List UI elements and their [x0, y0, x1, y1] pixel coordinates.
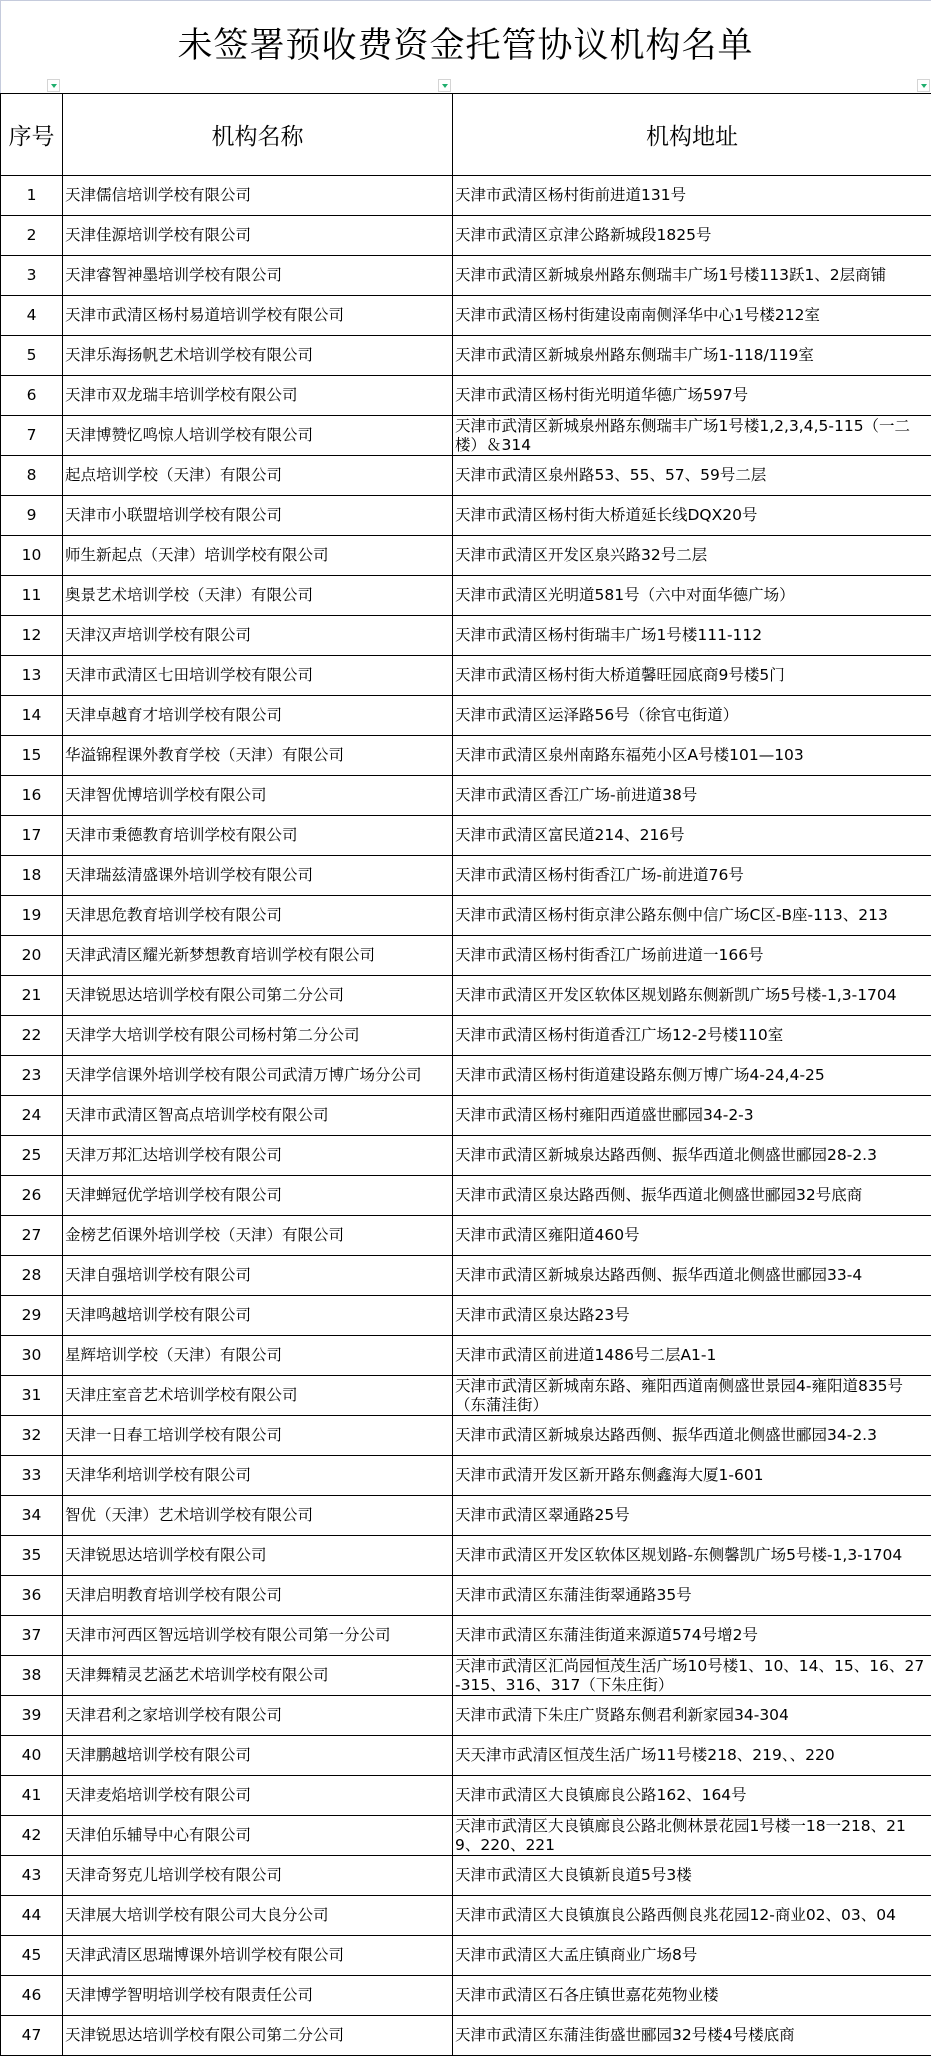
cell-institution-address[interactable]: 天津市武清区杨村街香江广场前进道一166号 [453, 936, 931, 976]
cell-institution-name[interactable]: 天津奇努克儿培训学校有限公司 [63, 1856, 453, 1896]
cell-no[interactable]: 41 [1, 1776, 63, 1816]
cell-no[interactable]: 3 [1, 256, 63, 296]
cell-institution-address[interactable]: 天津市武清区杨村街道建设路东侧万博广场4-24,4-25 [453, 1056, 931, 1096]
cell-institution-name[interactable]: 天津华利培训学校有限公司 [63, 1456, 453, 1496]
cell-no[interactable]: 37 [1, 1616, 63, 1656]
institution-table: 序号 机构名称 机构地址 1天津儒信培训学校有限公司天津市武清区杨村街前进道13… [0, 93, 931, 2056]
cell-institution-name[interactable]: 金榜艺佰课外培训学校（天津）有限公司 [63, 1216, 453, 1256]
cell-institution-name[interactable]: 天津万邦汇达培训学校有限公司 [63, 1136, 453, 1176]
cell-no[interactable]: 34 [1, 1496, 63, 1536]
table-row: 12天津汉声培训学校有限公司天津市武清区杨村街瑞丰广场1号楼111-112 [1, 616, 931, 656]
cell-no[interactable]: 38 [1, 1656, 63, 1696]
cell-institution-address[interactable]: 天津市武清区开发区软体区规划路东侧新凯广场5号楼-1,3-1704 [453, 976, 931, 1016]
cell-institution-address[interactable]: 天津市武清区杨村街前进道131号 [453, 176, 931, 216]
cell-institution-name[interactable]: 天津市秉德教育培训学校有限公司 [63, 816, 453, 856]
table-row: 14天津卓越育才培训学校有限公司天津市武清区运泽路56号（徐官屯街道） [1, 696, 931, 736]
cell-institution-address[interactable]: 天津市武清区开发区泉兴路32号二层 [453, 536, 931, 576]
cell-institution-name[interactable]: 天津伯乐辅导中心有限公司 [63, 1816, 453, 1856]
cell-no[interactable]: 15 [1, 736, 63, 776]
cell-institution-address[interactable]: 天津市武清区杨村雍阳西道盛世郦园34-2-3 [453, 1096, 931, 1136]
cell-no[interactable]: 17 [1, 816, 63, 856]
cell-institution-address[interactable]: 天津市武清区汇尚园恒茂生活广场10号楼1、10、14、15、16、27-315、… [453, 1656, 931, 1696]
table-row: 20天津武清区耀光新梦想教育培训学校有限公司天津市武清区杨村街香江广场前进道一1… [1, 936, 931, 976]
cell-no[interactable]: 42 [1, 1816, 63, 1856]
table-row: 41天津麦焰培训学校有限公司天津市武清区大良镇廊良公路162、164号 [1, 1776, 931, 1816]
cell-no[interactable]: 22 [1, 1016, 63, 1056]
table-row: 45天津武清区思瑞博课外培训学校有限公司天津市武清区大孟庄镇商业广场8号 [1, 1936, 931, 1976]
cell-institution-address[interactable]: 天津市武清区杨村街大桥道延长线DQX20号 [453, 496, 931, 536]
cell-no[interactable]: 32 [1, 1416, 63, 1456]
cell-institution-address[interactable]: 天津市武清区杨村街瑞丰广场1号楼111-112 [453, 616, 931, 656]
table-row: 27金榜艺佰课外培训学校（天津）有限公司天津市武清区雍阳道460号 [1, 1216, 931, 1256]
cell-institution-name[interactable]: 天津市河西区智远培训学校有限公司第一分公司 [63, 1616, 453, 1656]
table-row: 9天津市小联盟培训学校有限公司天津市武清区杨村街大桥道延长线DQX20号 [1, 496, 931, 536]
table-row: 3天津睿智神墨培训学校有限公司天津市武清区新城泉州路东侧瑞丰广场1号楼113跃1… [1, 256, 931, 296]
table-row: 18天津瑞兹清盛课外培训学校有限公司天津市武清区杨村街香江广场-前进道76号 [1, 856, 931, 896]
column-header-name[interactable]: 机构名称 [63, 94, 453, 176]
cell-institution-name[interactable]: 天津市武清区智高点培训学校有限公司 [63, 1096, 453, 1136]
cell-institution-name[interactable]: 天津市双龙瑞丰培训学校有限公司 [63, 376, 453, 416]
filter-button-address[interactable] [917, 79, 930, 92]
cell-no[interactable]: 10 [1, 536, 63, 576]
table-row: 26天津蝉冠优学培训学校有限公司天津市武清区泉达路西侧、振华西道北侧盛世郦园32… [1, 1176, 931, 1216]
cell-institution-address[interactable]: 天津市武清区翠通路25号 [453, 1496, 931, 1536]
cell-institution-address[interactable]: 天天津市武清区恒茂生活广场11号楼218、219、、220 [453, 1736, 931, 1776]
cell-no[interactable]: 2 [1, 216, 63, 256]
cell-institution-name[interactable]: 天津学大培训学校有限公司杨村第二分公司 [63, 1016, 453, 1056]
cell-institution-address[interactable]: 天津市武清区雍阳道460号 [453, 1216, 931, 1256]
table-row: 37天津市河西区智远培训学校有限公司第一分公司天津市武清区东蒲洼街道来源道574… [1, 1616, 931, 1656]
cell-institution-name[interactable]: 起点培训学校（天津）有限公司 [63, 456, 453, 496]
cell-no[interactable]: 7 [1, 416, 63, 456]
cell-institution-name[interactable]: 星辉培训学校（天津）有限公司 [63, 1336, 453, 1376]
table-row: 17天津市秉德教育培训学校有限公司天津市武清区富民道214、216号 [1, 816, 931, 856]
cell-no[interactable]: 4 [1, 296, 63, 336]
cell-institution-address[interactable]: 天津市武清区大良镇新良道5号3楼 [453, 1856, 931, 1896]
table-row: 5天津乐海扬帆艺术培训学校有限公司天津市武清区新城泉州路东侧瑞丰广场1-118/… [1, 336, 931, 376]
cell-no[interactable]: 20 [1, 936, 63, 976]
table-row: 34智优（天津）艺术培训学校有限公司天津市武清区翠通路25号 [1, 1496, 931, 1536]
cell-institution-address[interactable]: 天津市武清区新城泉达路西侧、振华西道北侧盛世郦园28-2.3 [453, 1136, 931, 1176]
table-row: 16天津智优博培训学校有限公司天津市武清区香江广场-前进道38号 [1, 776, 931, 816]
cell-institution-address[interactable]: 天津市武清区泉达路23号 [453, 1296, 931, 1336]
table-row: 43天津奇努克儿培训学校有限公司天津市武清区大良镇新良道5号3楼 [1, 1856, 931, 1896]
cell-institution-address[interactable]: 天津市武清区杨村街光明道华德广场597号 [453, 376, 931, 416]
cell-institution-name[interactable]: 天津卓越育才培训学校有限公司 [63, 696, 453, 736]
cell-institution-address[interactable]: 天津市武清区新城泉达路西侧、振华西道北侧盛世郦园33-4 [453, 1256, 931, 1296]
cell-institution-address[interactable]: 天津市武清区东蒲洼街道来源道574号增2号 [453, 1616, 931, 1656]
table-row: 42天津伯乐辅导中心有限公司天津市武清区大良镇廊良公路北侧林景花园1号楼一18一… [1, 1816, 931, 1856]
cell-no[interactable]: 23 [1, 1056, 63, 1096]
filter-dropdown-icon [442, 84, 448, 88]
table-row: 6天津市双龙瑞丰培训学校有限公司天津市武清区杨村街光明道华德广场597号 [1, 376, 931, 416]
cell-institution-address[interactable]: 天津市武清区大孟庄镇商业广场8号 [453, 1936, 931, 1976]
cell-institution-address[interactable]: 天津市武清区运泽路56号（徐官屯街道） [453, 696, 931, 736]
cell-institution-name[interactable]: 天津启明教育培训学校有限公司 [63, 1576, 453, 1616]
table-row: 24天津市武清区智高点培训学校有限公司天津市武清区杨村雍阳西道盛世郦园34-2-… [1, 1096, 931, 1136]
cell-no[interactable]: 26 [1, 1176, 63, 1216]
page-title: 未签署预收费资金托管协议机构名单 [0, 22, 931, 70]
table-row: 33天津华利培训学校有限公司天津市武清开发区新开路东侧鑫海大厦1-601 [1, 1456, 931, 1496]
cell-institution-name[interactable]: 天津鸣越培训学校有限公司 [63, 1296, 453, 1336]
cell-no[interactable]: 5 [1, 336, 63, 376]
cell-institution-address[interactable]: 天津市武清区京津公路新城段1825号 [453, 216, 931, 256]
cell-institution-address[interactable]: 天津市武清区杨村街京津公路东侧中信广场C区-B座-113、213 [453, 896, 931, 936]
cell-institution-name[interactable]: 天津市小联盟培训学校有限公司 [63, 496, 453, 536]
table-row: 47天津锐思达培训学校有限公司第二分公司天津市武清区东蒲洼街盛世郦园32号楼4号… [1, 2016, 931, 2056]
table-row: 38天津舞精灵艺涵艺术培训学校有限公司天津市武清区汇尚园恒茂生活广场10号楼1、… [1, 1656, 931, 1696]
cell-institution-name[interactable]: 天津一日春工培训学校有限公司 [63, 1416, 453, 1456]
cell-no[interactable]: 24 [1, 1096, 63, 1136]
cell-institution-name[interactable]: 师生新起点（天津）培训学校有限公司 [63, 536, 453, 576]
cell-institution-address[interactable]: 天津市武清区前进道1486号二层A1-1 [453, 1336, 931, 1376]
cell-institution-name[interactable]: 天津自强培训学校有限公司 [63, 1256, 453, 1296]
cell-institution-name[interactable]: 天津锐思达培训学校有限公司第二分公司 [63, 976, 453, 1016]
cell-institution-name[interactable]: 天津君利之家培训学校有限公司 [63, 1696, 453, 1736]
column-header-address[interactable]: 机构地址 [453, 94, 931, 176]
cell-institution-address[interactable]: 天津市武清区杨村街大桥道馨旺园底商9号楼5门 [453, 656, 931, 696]
cell-institution-address[interactable]: 天津市武清区新城泉达路西侧、振华西道北侧盛世郦园34-2.3 [453, 1416, 931, 1456]
table-row: 39天津君利之家培训学校有限公司天津市武清下朱庄广贤路东侧君利新家园34-304 [1, 1696, 931, 1736]
cell-no[interactable]: 21 [1, 976, 63, 1016]
cell-institution-address[interactable]: 天津市武清区杨村街香江广场-前进道76号 [453, 856, 931, 896]
cell-institution-name[interactable]: 天津武清区思瑞博课外培训学校有限公司 [63, 1936, 453, 1976]
cell-institution-name[interactable]: 天津佳源培训学校有限公司 [63, 216, 453, 256]
cell-no[interactable]: 40 [1, 1736, 63, 1776]
table-row: 4天津市武清区杨村易道培训学校有限公司天津市武清区杨村街建设南南侧泽华中心1号楼… [1, 296, 931, 336]
cell-institution-name[interactable]: 天津展大培训学校有限公司大良分公司 [63, 1896, 453, 1936]
cell-no[interactable]: 44 [1, 1896, 63, 1936]
cell-institution-name[interactable]: 天津汉声培训学校有限公司 [63, 616, 453, 656]
cell-no[interactable]: 25 [1, 1136, 63, 1176]
cell-institution-address[interactable]: 天津市武清区大良镇旗良公路西侧良兆花园12-商业02、03、04 [453, 1896, 931, 1936]
sheet-top-edge [0, 0, 931, 1]
cell-institution-address[interactable]: 天津市武清区泉州南路东福苑小区A号楼101—103 [453, 736, 931, 776]
cell-institution-address[interactable]: 天津市武清下朱庄广贤路东侧君利新家园34-304 [453, 1696, 931, 1736]
cell-institution-name[interactable]: 天津麦焰培训学校有限公司 [63, 1776, 453, 1816]
cell-no[interactable]: 43 [1, 1856, 63, 1896]
cell-no[interactable]: 46 [1, 1976, 63, 2016]
table-row: 29天津鸣越培训学校有限公司天津市武清区泉达路23号 [1, 1296, 931, 1336]
cell-institution-name[interactable]: 天津博学智明培训学校有限责任公司 [63, 1976, 453, 2016]
cell-institution-name[interactable]: 天津锐思达培训学校有限公司 [63, 1536, 453, 1576]
cell-institution-name[interactable]: 智优（天津）艺术培训学校有限公司 [63, 1496, 453, 1536]
table-row: 19天津思危教育培训学校有限公司天津市武清区杨村街京津公路东侧中信广场C区-B座… [1, 896, 931, 936]
cell-no[interactable]: 6 [1, 376, 63, 416]
filter-dropdown-icon [921, 84, 927, 88]
cell-no[interactable]: 30 [1, 1336, 63, 1376]
cell-no[interactable]: 1 [1, 176, 63, 216]
cell-institution-name[interactable]: 天津舞精灵艺涵艺术培训学校有限公司 [63, 1656, 453, 1696]
cell-no[interactable]: 11 [1, 576, 63, 616]
cell-institution-address[interactable]: 天津市武清区光明道581号（六中对面华德广场） [453, 576, 931, 616]
table-row: 7天津博赞忆鸣惊人培训学校有限公司天津市武清区新城泉州路东侧瑞丰广场1号楼1,2… [1, 416, 931, 456]
cell-institution-name[interactable]: 天津儒信培训学校有限公司 [63, 176, 453, 216]
table-row: 46天津博学智明培训学校有限责任公司天津市武清区石各庄镇世嘉花苑物业楼 [1, 1976, 931, 2016]
cell-institution-name[interactable]: 天津智优博培训学校有限公司 [63, 776, 453, 816]
cell-no[interactable]: 8 [1, 456, 63, 496]
table-row: 15华溢锦程课外教育学校（天津）有限公司天津市武清区泉州南路东福苑小区A号楼10… [1, 736, 931, 776]
filter-button-no[interactable] [47, 79, 60, 92]
cell-institution-address[interactable]: 天津市武清区富民道214、216号 [453, 816, 931, 856]
cell-institution-name[interactable]: 天津市武清区七田培训学校有限公司 [63, 656, 453, 696]
table-row: 22天津学大培训学校有限公司杨村第二分公司天津市武清区杨村街道香江广场12-2号… [1, 1016, 931, 1056]
cell-no[interactable]: 9 [1, 496, 63, 536]
table-row: 21天津锐思达培训学校有限公司第二分公司天津市武清区开发区软体区规划路东侧新凯广… [1, 976, 931, 1016]
cell-institution-name[interactable]: 华溢锦程课外教育学校（天津）有限公司 [63, 736, 453, 776]
cell-institution-address[interactable]: 天津市武清区泉达路西侧、振华西道北侧盛世郦园32号底商 [453, 1176, 931, 1216]
cell-institution-address[interactable]: 天津市武清开发区新开路东侧鑫海大厦1-601 [453, 1456, 931, 1496]
cell-no[interactable]: 31 [1, 1376, 63, 1416]
table-row: 10师生新起点（天津）培训学校有限公司天津市武清区开发区泉兴路32号二层 [1, 536, 931, 576]
cell-institution-name[interactable]: 天津市武清区杨村易道培训学校有限公司 [63, 296, 453, 336]
table-row: 8起点培训学校（天津）有限公司天津市武清区泉州路53、55、57、59号二层 [1, 456, 931, 496]
cell-institution-name[interactable]: 天津蝉冠优学培训学校有限公司 [63, 1176, 453, 1216]
cell-institution-address[interactable]: 天津市武清区泉州路53、55、57、59号二层 [453, 456, 931, 496]
filter-dropdown-icon [51, 84, 57, 88]
cell-institution-address[interactable]: 天津市武清区东蒲洼街盛世郦园32号楼4号楼底商 [453, 2016, 931, 2056]
cell-institution-name[interactable]: 奥景艺术培训学校（天津）有限公司 [63, 576, 453, 616]
table-row: 13天津市武清区七田培训学校有限公司天津市武清区杨村街大桥道馨旺园底商9号楼5门 [1, 656, 931, 696]
cell-no[interactable]: 18 [1, 856, 63, 896]
cell-institution-address[interactable]: 天津市武清区新城泉州路东侧瑞丰广场1号楼1,2,3,4,5-115（一二楼）＆3… [453, 416, 931, 456]
column-header-no[interactable]: 序号 [1, 94, 63, 176]
table-row: 36天津启明教育培训学校有限公司天津市武清区东蒲洼街翠通路35号 [1, 1576, 931, 1616]
table-row: 40天津鹏越培训学校有限公司天天津市武清区恒茂生活广场11号楼218、219、、… [1, 1736, 931, 1776]
table-row: 11奥景艺术培训学校（天津）有限公司天津市武清区光明道581号（六中对面华德广场… [1, 576, 931, 616]
cell-institution-address[interactable]: 天津市武清区香江广场-前进道38号 [453, 776, 931, 816]
table-row: 23天津学信课外培训学校有限公司武清万博广场分公司天津市武清区杨村街道建设路东侧… [1, 1056, 931, 1096]
cell-institution-address[interactable]: 天津市武清区新城泉州路东侧瑞丰广场1号楼113跃1、2层商铺 [453, 256, 931, 296]
cell-no[interactable]: 35 [1, 1536, 63, 1576]
cell-institution-name[interactable]: 天津鹏越培训学校有限公司 [63, 1736, 453, 1776]
cell-institution-name[interactable]: 天津睿智神墨培训学校有限公司 [63, 256, 453, 296]
cell-institution-name[interactable]: 天津学信课外培训学校有限公司武清万博广场分公司 [63, 1056, 453, 1096]
filter-button-name[interactable] [438, 79, 451, 92]
table-row: 32天津一日春工培训学校有限公司天津市武清区新城泉达路西侧、振华西道北侧盛世郦园… [1, 1416, 931, 1456]
table-row: 25天津万邦汇达培训学校有限公司天津市武清区新城泉达路西侧、振华西道北侧盛世郦园… [1, 1136, 931, 1176]
cell-institution-name[interactable]: 天津武清区耀光新梦想教育培训学校有限公司 [63, 936, 453, 976]
cell-institution-address[interactable]: 天津市武清区新城南东路、雍阳西道南侧盛世景园4-雍阳道835号（东蒲洼街） [453, 1376, 931, 1416]
cell-institution-address[interactable]: 天津市武清区石各庄镇世嘉花苑物业楼 [453, 1976, 931, 2016]
cell-institution-name[interactable]: 天津锐思达培训学校有限公司第二分公司 [63, 2016, 453, 2056]
table-row: 31天津庄室音艺术培训学校有限公司天津市武清区新城南东路、雍阳西道南侧盛世景园4… [1, 1376, 931, 1416]
cell-institution-name[interactable]: 天津瑞兹清盛课外培训学校有限公司 [63, 856, 453, 896]
table-row: 2天津佳源培训学校有限公司天津市武清区京津公路新城段1825号 [1, 216, 931, 256]
table-row: 1天津儒信培训学校有限公司天津市武清区杨村街前进道131号 [1, 176, 931, 216]
cell-institution-name[interactable]: 天津庄室音艺术培训学校有限公司 [63, 1376, 453, 1416]
cell-no[interactable]: 13 [1, 656, 63, 696]
cell-no[interactable]: 12 [1, 616, 63, 656]
cell-no[interactable]: 39 [1, 1696, 63, 1736]
cell-no[interactable]: 19 [1, 896, 63, 936]
cell-institution-address[interactable]: 天津市武清区开发区软体区规划路-东侧馨凯广场5号楼-1,3-1704 [453, 1536, 931, 1576]
table-row: 30星辉培训学校（天津）有限公司天津市武清区前进道1486号二层A1-1 [1, 1336, 931, 1376]
cell-institution-name[interactable]: 天津思危教育培训学校有限公司 [63, 896, 453, 936]
cell-institution-address[interactable]: 天津市武清区新城泉州路东侧瑞丰广场1-118/119室 [453, 336, 931, 376]
table-row: 28天津自强培训学校有限公司天津市武清区新城泉达路西侧、振华西道北侧盛世郦园33… [1, 1256, 931, 1296]
header-row: 序号 机构名称 机构地址 [1, 94, 931, 176]
cell-institution-address[interactable]: 天津市武清区杨村街建设南南侧泽华中心1号楼212室 [453, 296, 931, 336]
cell-no[interactable]: 14 [1, 696, 63, 736]
table-row: 44天津展大培训学校有限公司大良分公司天津市武清区大良镇旗良公路西侧良兆花园12… [1, 1896, 931, 1936]
cell-institution-address[interactable]: 天津市武清区大良镇廊良公路北侧林景花园1号楼一18一218、219、220、22… [453, 1816, 931, 1856]
cell-no[interactable]: 28 [1, 1256, 63, 1296]
cell-institution-address[interactable]: 天津市武清区东蒲洼街翠通路35号 [453, 1576, 931, 1616]
cell-institution-name[interactable]: 天津乐海扬帆艺术培训学校有限公司 [63, 336, 453, 376]
cell-no[interactable]: 27 [1, 1216, 63, 1256]
cell-no[interactable]: 33 [1, 1456, 63, 1496]
cell-no[interactable]: 36 [1, 1576, 63, 1616]
cell-no[interactable]: 47 [1, 2016, 63, 2056]
cell-institution-address[interactable]: 天津市武清区杨村街道香江广场12-2号楼110室 [453, 1016, 931, 1056]
table-row: 35天津锐思达培训学校有限公司天津市武清区开发区软体区规划路-东侧馨凯广场5号楼… [1, 1536, 931, 1576]
cell-institution-address[interactable]: 天津市武清区大良镇廊良公路162、164号 [453, 1776, 931, 1816]
cell-no[interactable]: 29 [1, 1296, 63, 1336]
cell-institution-name[interactable]: 天津博赞忆鸣惊人培训学校有限公司 [63, 416, 453, 456]
cell-no[interactable]: 45 [1, 1936, 63, 1976]
cell-no[interactable]: 16 [1, 776, 63, 816]
